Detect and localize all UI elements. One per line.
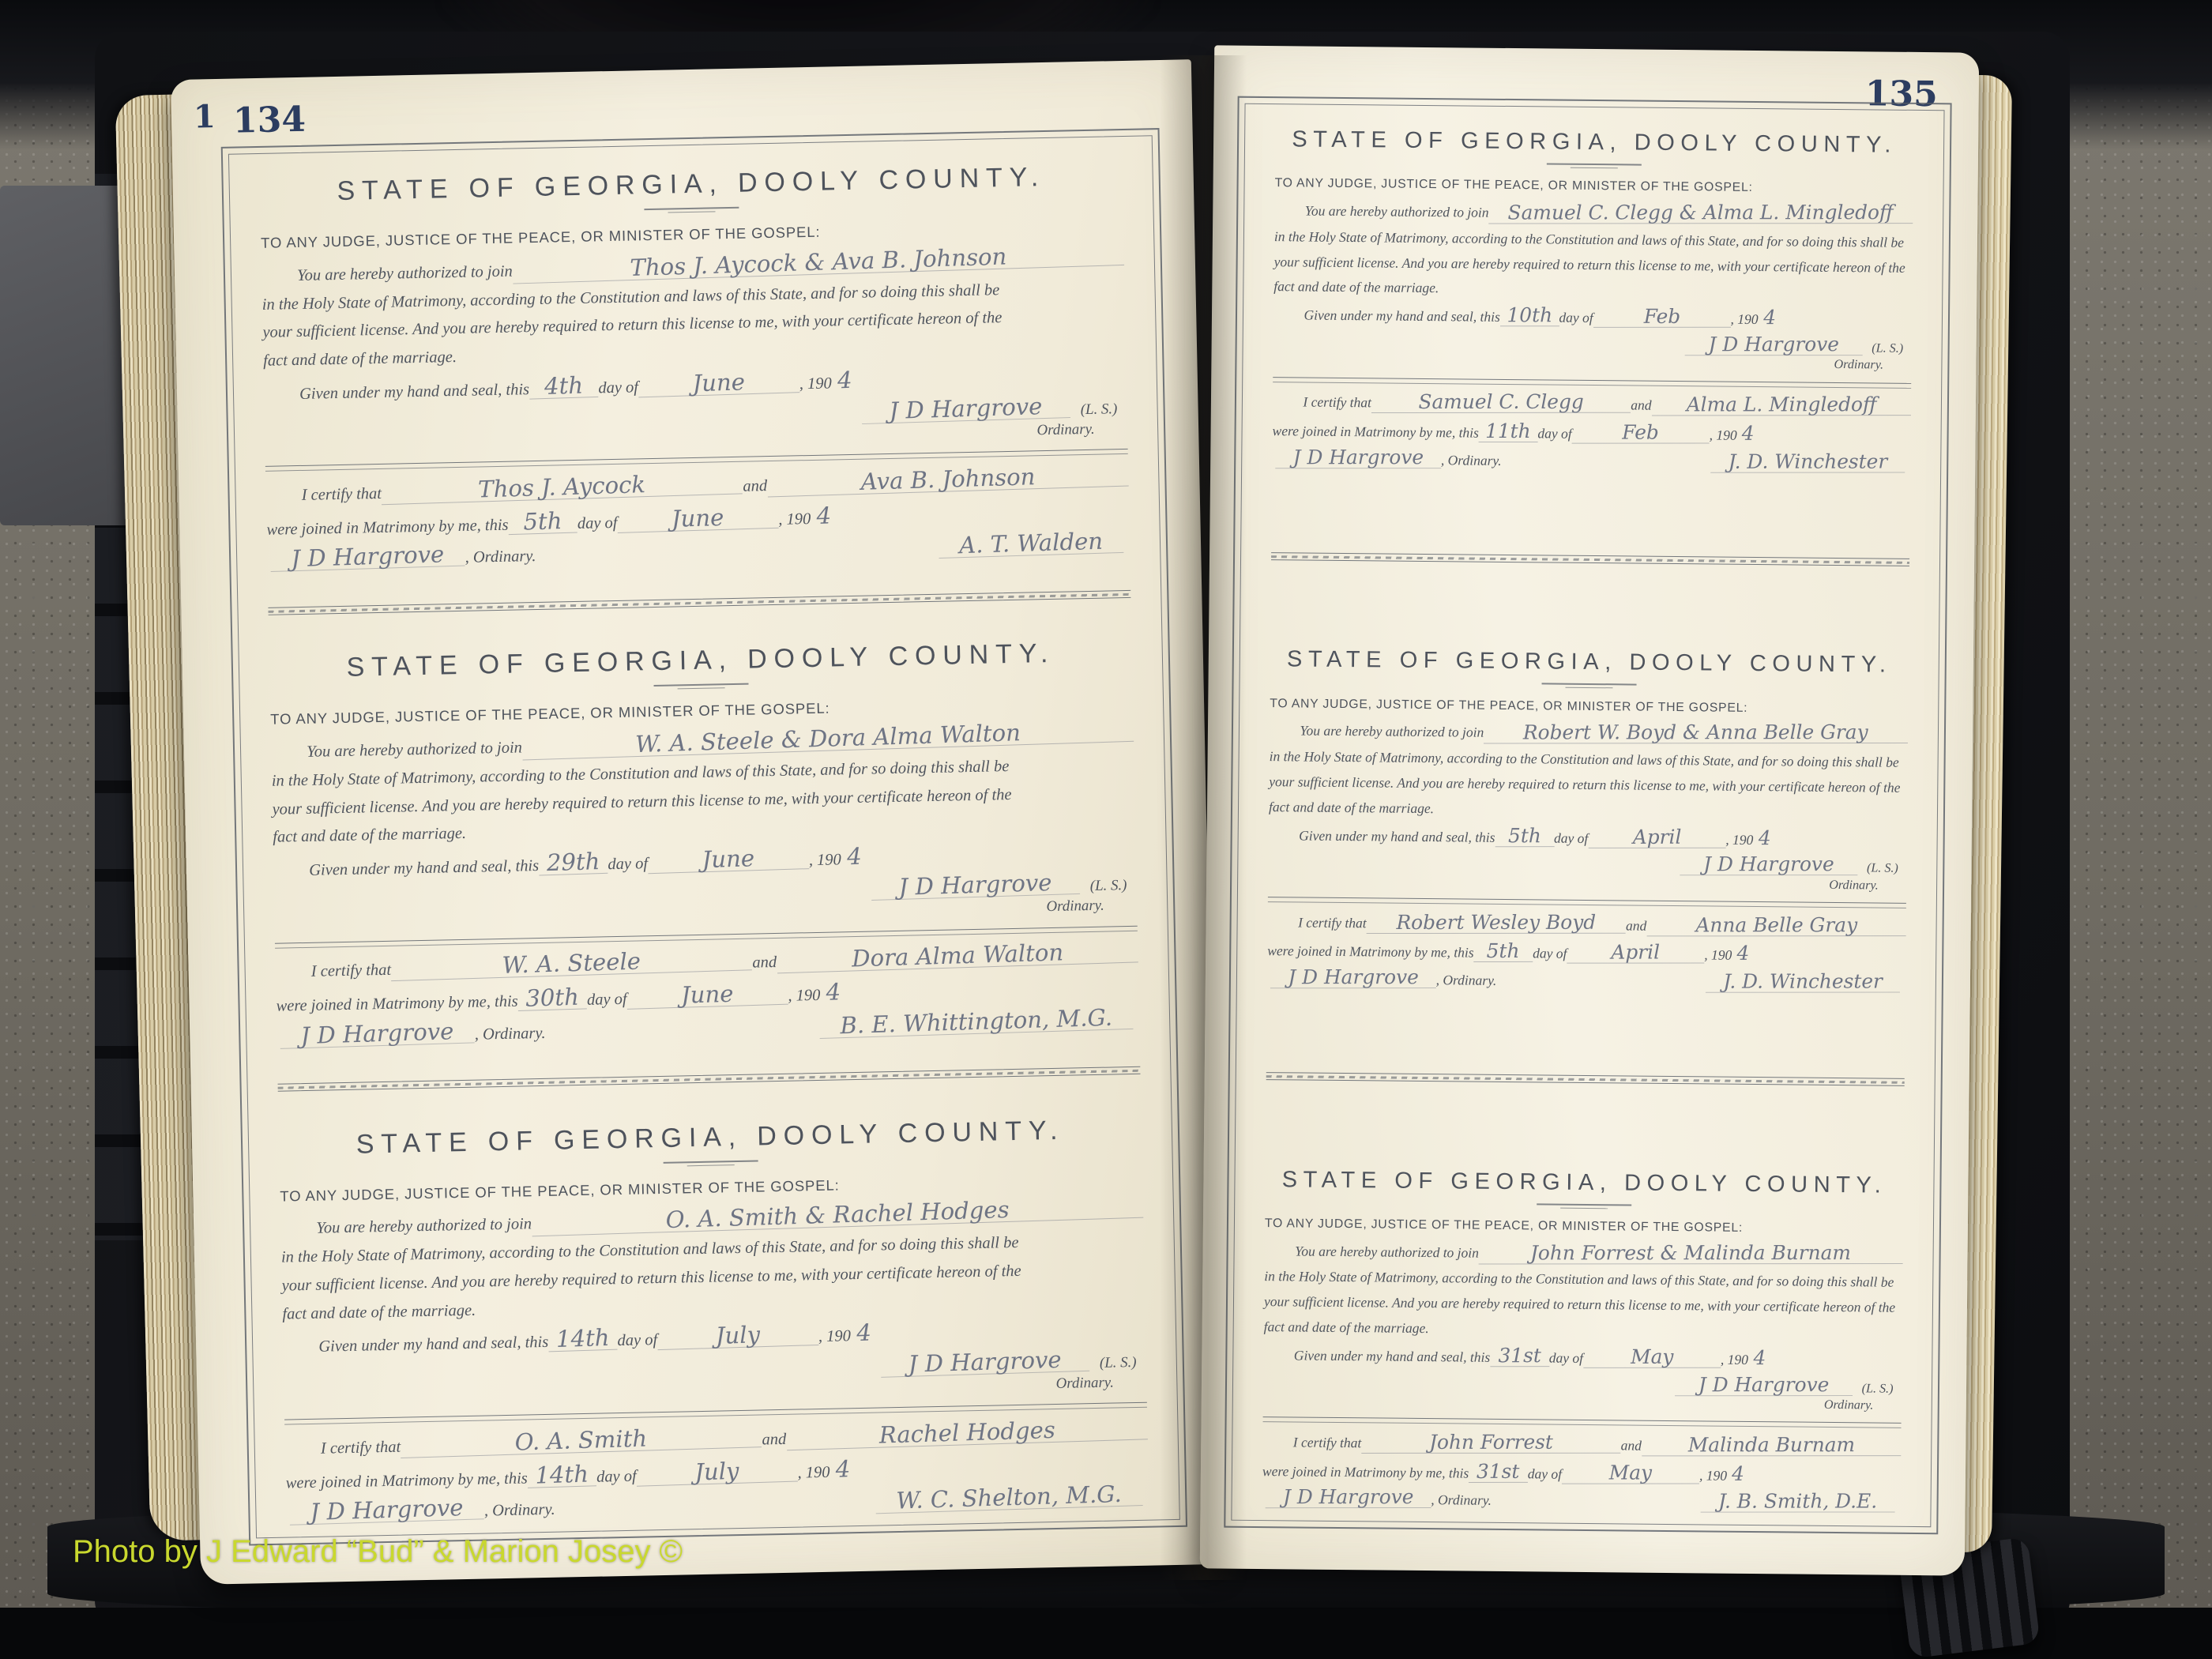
and-label: and	[743, 477, 767, 496]
right-page: 135 STATE OF GEORGIA, DOOLY COUNTY. TO A…	[1200, 45, 1979, 1575]
groom-name-handwritten: O. A. Smith	[401, 1424, 762, 1458]
certify-prefix: I certify that	[1298, 914, 1367, 931]
given-prefix: Given under my hand and seal, this	[309, 857, 539, 880]
seal-label: (L. S.)	[1100, 1354, 1137, 1372]
joined-prefix: were joined in Matrimony by me, this	[266, 517, 509, 540]
year-digit-handwritten: 4	[829, 1457, 856, 1480]
year-prefix: , 190	[1699, 1467, 1727, 1484]
bride-name-handwritten: Rachel Hodges	[786, 1416, 1148, 1450]
year-digit-handwritten: 4	[1753, 829, 1775, 848]
license-day-handwritten: 31st	[1490, 1346, 1549, 1367]
authorized-line: You are hereby authorized to join Robert…	[1270, 719, 1908, 746]
year-prefix: , 190	[1710, 427, 1737, 444]
book-gutter-shadow	[1160, 55, 1247, 1580]
couple-names-handwritten: Robert W. Boyd & Anna Belle Gray	[1484, 723, 1908, 743]
watermark-photo-credit: Photo by J Edward “Bud” & Marion Josey ©	[73, 1534, 683, 1570]
year-prefix: , 190	[809, 851, 841, 870]
day-of-label: day of	[1554, 829, 1588, 846]
certify-line: I certify that Thos J. Aycock and Ava B.…	[265, 465, 1128, 506]
heading-divider	[1547, 164, 1642, 166]
couple-names-handwritten: W. A. Steele & Dora Alma Walton	[522, 718, 1134, 761]
year-digit-handwritten: 4	[1759, 308, 1781, 328]
year-digit-handwritten: 4	[1727, 1464, 1749, 1484]
certify-prefix: I certify that	[1303, 394, 1371, 412]
day-of-label: day of	[587, 991, 627, 1010]
authorized-prefix: You are hereby authorized to join	[1295, 1243, 1479, 1261]
ordinary-signature: J D Hargrove	[270, 543, 465, 573]
day-of-label: day of	[1528, 1465, 1562, 1482]
heading-divider	[1542, 683, 1637, 686]
year-prefix: , 190	[788, 987, 820, 1006]
minister-signature: A. T. Walden	[938, 529, 1123, 559]
minister-signature: J. B. Smith, D.E.	[1701, 1492, 1895, 1513]
marriage-record-forrest-burnam: STATE OF GEORGIA, DOOLY COUNTY. TO ANY J…	[1262, 1159, 1904, 1514]
ordinary-signature: J D Hargrove	[280, 1019, 475, 1049]
license-day-handwritten: 14th	[548, 1326, 618, 1352]
seal-label: (L. S.)	[1867, 862, 1898, 876]
marriage-record-steele-walton: STATE OF GEORGIA, DOOLY COUNTY. TO ANY J…	[269, 627, 1139, 1048]
day-of-label: day of	[598, 378, 638, 397]
left-page: 1 134 STATE OF GEORGIA, DOOLY COUNTY. TO…	[171, 59, 1221, 1585]
bride-name-handwritten: Ava B. Johnson	[767, 463, 1129, 498]
marriage-record-smith-hodges: STATE OF GEORGIA, DOOLY COUNTY. TO ANY J…	[278, 1104, 1149, 1524]
groom-name-handwritten: John Forrest	[1361, 1433, 1620, 1454]
joined-prefix: were joined in Matrimony by me, this	[276, 993, 518, 1016]
year-digit-handwritten: 4	[850, 1322, 877, 1345]
certify-line: I certify that W. A. Steele and Dora Alm…	[275, 941, 1138, 982]
license-day-handwritten: 4th	[529, 374, 599, 400]
bride-name-handwritten: Alma L. Mingledoff	[1652, 396, 1911, 416]
couple-names-handwritten: John Forrest & Malinda Burnam	[1479, 1243, 1903, 1264]
marriage-record-boyd-gray: STATE OF GEORGIA, DOOLY COUNTY. TO ANY J…	[1267, 638, 1909, 993]
and-label: and	[1621, 1437, 1642, 1454]
authorized-prefix: You are hereby authorized to join	[297, 262, 513, 284]
year-digit-handwritten: 4	[811, 504, 837, 528]
joined-month-handwritten: May	[1562, 1463, 1699, 1484]
year-prefix: , 190	[778, 510, 811, 529]
heading-divider	[644, 207, 739, 210]
certificate-rule	[1273, 377, 1911, 389]
day-of-label: day of	[1549, 1349, 1583, 1366]
year-prefix: , 190	[1730, 311, 1758, 328]
bride-name-handwritten: Malinda Burnam	[1642, 1435, 1901, 1456]
year-prefix: , 190	[1725, 831, 1753, 848]
year-prefix: , 190	[1721, 1351, 1748, 1367]
record-heading: STATE OF GEORGIA, DOOLY COUNTY.	[1265, 1167, 1903, 1199]
stray-page-number: 1	[193, 98, 216, 136]
license-month-handwritten: June	[638, 369, 799, 397]
minister-signature: J. D. Winchester	[1710, 452, 1905, 472]
joined-prefix: were joined in Matrimony by me, this	[1272, 423, 1479, 442]
certificate-rule	[1263, 1416, 1902, 1428]
ordinary-suffix: , Ordinary.	[1431, 1492, 1492, 1508]
record-heading: STATE OF GEORGIA, DOOLY COUNTY.	[279, 1113, 1142, 1161]
license-date-line: Given under my hand and seal, this 10th …	[1273, 303, 1912, 330]
groom-name-handwritten: Robert Wesley Boyd	[1367, 912, 1626, 933]
groom-name-handwritten: Samuel C. Clegg	[1371, 393, 1631, 413]
joined-day-handwritten: 14th	[527, 1462, 596, 1488]
authorized-prefix: You are hereby authorized to join	[307, 739, 522, 762]
ordinary-signature: J D Hargrove	[871, 871, 1080, 901]
year-digit-handwritten: 4	[1737, 424, 1759, 444]
joined-day-handwritten: 5th	[508, 509, 577, 535]
record-heading: STATE OF GEORGIA, DOOLY COUNTY.	[1270, 647, 1909, 679]
seal-label: (L. S.)	[1872, 341, 1903, 355]
joined-day-handwritten: 30th	[517, 986, 587, 1012]
ordinary-suffix: , Ordinary.	[1441, 452, 1502, 468]
certify-line: I certify that O. A. Smith and Rachel Ho…	[284, 1417, 1147, 1458]
heading-divider	[1537, 1203, 1631, 1206]
and-label: and	[762, 1431, 786, 1450]
year-prefix: , 190	[799, 374, 831, 393]
license-day-handwritten: 10th	[1500, 307, 1559, 327]
ordinary-signature: J D Hargrove	[289, 1495, 484, 1525]
joined-prefix: were joined in Matrimony by me, this	[1262, 1463, 1469, 1482]
joined-day-handwritten: 5th	[1474, 942, 1533, 962]
given-prefix: Given under my hand and seal, this	[1303, 307, 1500, 325]
heading-divider	[664, 1160, 758, 1163]
license-month-handwritten: June	[648, 845, 810, 874]
and-label: and	[1626, 917, 1646, 934]
joined-day-handwritten: 11th	[1479, 422, 1538, 442]
and-label: and	[752, 954, 777, 972]
given-prefix: Given under my hand and seal, this	[299, 381, 529, 404]
body-line: your sufficient license. And you are her…	[1274, 254, 1913, 276]
authorized-line: You are hereby authorized to join Thos J…	[261, 245, 1124, 286]
minister-signature: W. C. Shelton, M.G.	[875, 1482, 1142, 1514]
year-prefix: , 190	[1704, 947, 1732, 964]
given-prefix: Given under my hand and seal, this	[1299, 827, 1495, 845]
ordinary-suffix: , Ordinary.	[1436, 972, 1497, 988]
authorized-line: You are hereby authorized to join John F…	[1265, 1240, 1903, 1266]
seal-label: (L. S.)	[1090, 877, 1127, 895]
day-of-label: day of	[608, 855, 648, 874]
record-heading: STATE OF GEORGIA, DOOLY COUNTY.	[1275, 126, 1913, 159]
year-digit-handwritten: 4	[820, 980, 847, 1004]
record-separator	[1271, 552, 1909, 566]
day-of-label: day of	[1537, 425, 1571, 442]
joined-date-line: were joined in Matrimony by me, this 11t…	[1272, 419, 1910, 446]
authorized-line: You are hereby authorized to join Samuel…	[1274, 199, 1913, 226]
certify-prefix: I certify that	[311, 961, 392, 981]
license-day-handwritten: 5th	[1495, 826, 1555, 847]
year-digit-handwritten: 4	[1732, 944, 1754, 964]
joined-prefix: were joined in Matrimony by me, this	[285, 1469, 528, 1492]
certificate-rule	[1268, 897, 1906, 908]
marriage-record-aycock-johnson: STATE OF GEORGIA, DOOLY COUNTY. TO ANY J…	[259, 151, 1130, 571]
record-separator	[1266, 1072, 1905, 1086]
year-digit-handwritten: 4	[841, 845, 867, 869]
day-of-label: day of	[1559, 310, 1593, 326]
couple-names-handwritten: O. A. Smith & Rachel Hodges	[532, 1194, 1144, 1237]
given-prefix: Given under my hand and seal, this	[1294, 1347, 1491, 1365]
day-of-label: day of	[596, 1467, 637, 1486]
salutation: TO ANY JUDGE, JUSTICE OF THE PEACE, OR M…	[1265, 1217, 1903, 1237]
ordinary-suffix: , Ordinary.	[475, 1024, 546, 1043]
record-heading: STATE OF GEORGIA, DOOLY COUNTY.	[269, 637, 1133, 685]
couple-names-handwritten: Thos J. Aycock & Ava B. Johnson	[512, 242, 1124, 284]
page-frame: STATE OF GEORGIA, DOOLY COUNTY. TO ANY J…	[1224, 96, 1951, 1535]
license-month-handwritten: Feb	[1593, 307, 1731, 328]
certificate-signatures: J D Hargrove, Ordinary. J. D. Winchester	[1272, 447, 1910, 474]
ordinary-signature: J D Hargrove	[1680, 855, 1858, 875]
body-line: fact and date of the marriage.	[1269, 799, 1907, 822]
ordinary-signature: J D Hargrove	[1265, 1488, 1431, 1508]
salutation: TO ANY JUDGE, JUSTICE OF THE PEACE, OR M…	[1270, 697, 1908, 717]
ordinary-suffix: , Ordinary.	[465, 547, 536, 566]
heading-divider	[654, 683, 749, 687]
year-digit-handwritten: 4	[831, 368, 858, 392]
body-line: in the Holy State of Matrimony, accordin…	[1264, 1268, 1902, 1291]
authorized-line: You are hereby authorized to join O. A. …	[280, 1198, 1143, 1239]
ordinary-signature: J D Hargrove	[1270, 968, 1435, 988]
minister-signature: J. D. Winchester	[1706, 972, 1900, 992]
ordinary-suffix: , Ordinary.	[484, 1501, 555, 1520]
body-line: your sufficient license. And you are her…	[1264, 1293, 1902, 1316]
authorized-prefix: You are hereby authorized to join	[1300, 723, 1484, 741]
record-separator	[268, 590, 1130, 615]
certify-prefix: I certify that	[321, 1438, 401, 1458]
ordinary-signature: J D Hargrove	[1685, 335, 1863, 355]
license-month-handwritten: May	[1583, 1348, 1721, 1368]
body-line: fact and date of the marriage.	[1264, 1319, 1902, 1341]
license-month-handwritten: July	[657, 1322, 819, 1350]
certify-line: I certify that John Forrest and Malinda …	[1262, 1431, 1901, 1458]
year-digit-handwritten: 4	[1748, 1349, 1770, 1368]
foam-block	[0, 186, 138, 525]
certificate-signatures: J D Hargrove, Ordinary. J. D. Winchester	[1267, 967, 1905, 994]
body-line: in the Holy State of Matrimony, accordin…	[1270, 748, 1908, 771]
and-label: and	[1631, 397, 1651, 414]
joined-month-handwritten: June	[626, 981, 788, 1010]
certify-line: I certify that Samuel C. Clegg and Alma …	[1273, 391, 1911, 418]
year-prefix: , 190	[797, 1463, 829, 1482]
license-day-handwritten: 29th	[539, 850, 608, 876]
license-month-handwritten: April	[1588, 827, 1725, 848]
joined-month-handwritten: April	[1567, 943, 1704, 964]
seal-label: (L. S.)	[1862, 1382, 1894, 1396]
record-separator	[278, 1066, 1141, 1092]
authorized-line: You are hereby authorized to join W. A. …	[271, 721, 1134, 762]
body-line: in the Holy State of Matrimony, accordin…	[1274, 228, 1913, 251]
marriage-record-clegg-mingledoff: STATE OF GEORGIA, DOOLY COUNTY. TO ANY J…	[1272, 118, 1913, 473]
certify-prefix: I certify that	[1293, 1434, 1362, 1451]
joined-month-handwritten: Feb	[1572, 423, 1710, 444]
ordinary-signature: J D Hargrove	[1275, 448, 1441, 468]
joined-date-line: were joined in Matrimony by me, this 5th…	[1267, 939, 1905, 966]
ordinary-signature: J D Hargrove	[861, 394, 1070, 424]
joined-month-handwritten: July	[636, 1458, 798, 1486]
page-number-134: 134	[233, 100, 307, 141]
body-line: your sufficient license. And you are her…	[1269, 773, 1907, 796]
year-prefix: , 190	[818, 1328, 851, 1347]
joined-prefix: were joined in Matrimony by me, this	[1267, 942, 1474, 961]
authorized-prefix: You are hereby authorized to join	[316, 1216, 532, 1238]
couple-names-handwritten: Samuel C. Clegg & Alma L. Mingledoff	[1489, 203, 1913, 224]
joined-day-handwritten: 31st	[1469, 1461, 1528, 1482]
license-date-line: Given under my hand and seal, this 31st …	[1263, 1344, 1902, 1371]
salutation: TO ANY JUDGE, JUSTICE OF THE PEACE, OR M…	[1275, 176, 1913, 197]
joined-month-handwritten: June	[617, 505, 779, 533]
bride-name-handwritten: Anna Belle Gray	[1646, 916, 1905, 936]
certify-prefix: I certify that	[301, 485, 382, 505]
day-of-label: day of	[1533, 946, 1567, 962]
groom-name-handwritten: W. A. Steele	[391, 947, 753, 982]
day-of-label: day of	[577, 514, 618, 533]
ordinary-signature: J D Hargrove	[881, 1347, 1090, 1377]
day-of-label: day of	[617, 1332, 657, 1351]
bride-name-handwritten: Dora Alma Walton	[777, 939, 1138, 974]
record-heading: STATE OF GEORGIA, DOOLY COUNTY.	[260, 160, 1123, 209]
minister-signature: B. E. Whittington, M.G.	[818, 1005, 1133, 1038]
license-date-line: Given under my hand and seal, this 5th d…	[1269, 824, 1907, 851]
groom-name-handwritten: Thos J. Aycock	[382, 470, 743, 505]
joined-date-line: were joined in Matrimony by me, this 31s…	[1262, 1460, 1901, 1487]
page-frame: STATE OF GEORGIA, DOOLY COUNTY. TO ANY J…	[221, 128, 1187, 1545]
certify-line: I certify that Robert Wesley Boyd and An…	[1268, 911, 1906, 938]
ordinary-signature: J D Hargrove	[1675, 1375, 1853, 1396]
certificate-signatures: J D Hargrove, Ordinary. J. B. Smith, D.E…	[1262, 1487, 1901, 1514]
given-prefix: Given under my hand and seal, this	[318, 1334, 548, 1356]
seal-label: (L. S.)	[1080, 401, 1117, 419]
authorized-prefix: You are hereby authorized to join	[1305, 203, 1489, 221]
body-line: fact and date of the marriage.	[1273, 279, 1912, 302]
floor-shadow	[0, 1608, 2212, 1659]
